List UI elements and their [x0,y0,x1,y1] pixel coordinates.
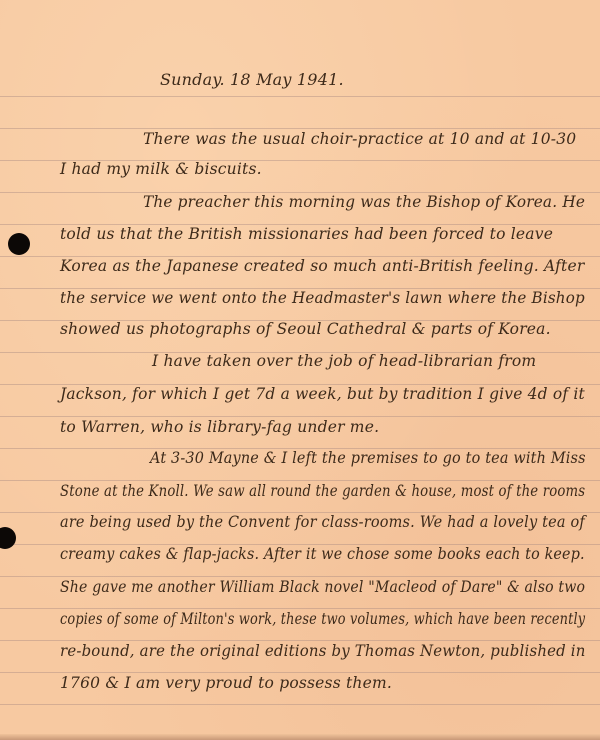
ruled-line [0,128,600,129]
ruled-line [0,96,600,97]
ruled-line [0,416,600,417]
ruled-line [0,608,600,609]
text-line: showed us photographs of Seoul Cathedral… [60,320,551,338]
ruled-line [0,576,600,577]
page-bottom-edge [0,734,600,740]
ruled-line [0,672,600,673]
ruled-line [0,704,600,705]
date-heading: Sunday. 18 May 1941. [160,70,344,89]
text-line: I have taken over the job of head-librar… [152,352,536,370]
text-line: Korea as the Japanese created so much an… [60,257,584,275]
text-line: re-bound, are the original editions by T… [60,642,586,660]
text-line: There was the usual choir-practice at 10… [143,130,576,148]
text-line: told us that the British missionaries ha… [60,225,553,243]
ruled-line [0,480,600,481]
text-line: the service we went onto the Headmaster'… [60,289,585,307]
text-line: She gave me another William Black novel … [60,578,585,596]
text-line: Stone at the Knoll. We saw all round the… [60,482,585,500]
text-line: to Warren, who is library-fag under me. [60,418,379,436]
text-line: The preacher this morning was the Bishop… [143,193,585,211]
text-line: 1760 & I am very proud to possess them. [60,674,392,692]
punch-hole-top [8,233,30,255]
text-line: creamy cakes & flap-jacks. After it we c… [60,545,585,563]
ruled-line [0,640,600,641]
text-line: I had my milk & biscuits. [60,160,262,178]
text-line: At 3-30 Mayne & I left the premises to g… [150,449,586,467]
text-line: copies of some of Milton's work, these t… [60,610,585,628]
text-line: are being used by the Convent for class-… [60,513,585,531]
text-line: Jackson, for which I get 7d a week, but … [60,385,585,403]
punch-hole-bottom [0,527,16,549]
diary-page: Sunday. 18 May 1941. There was the usual… [0,0,600,740]
